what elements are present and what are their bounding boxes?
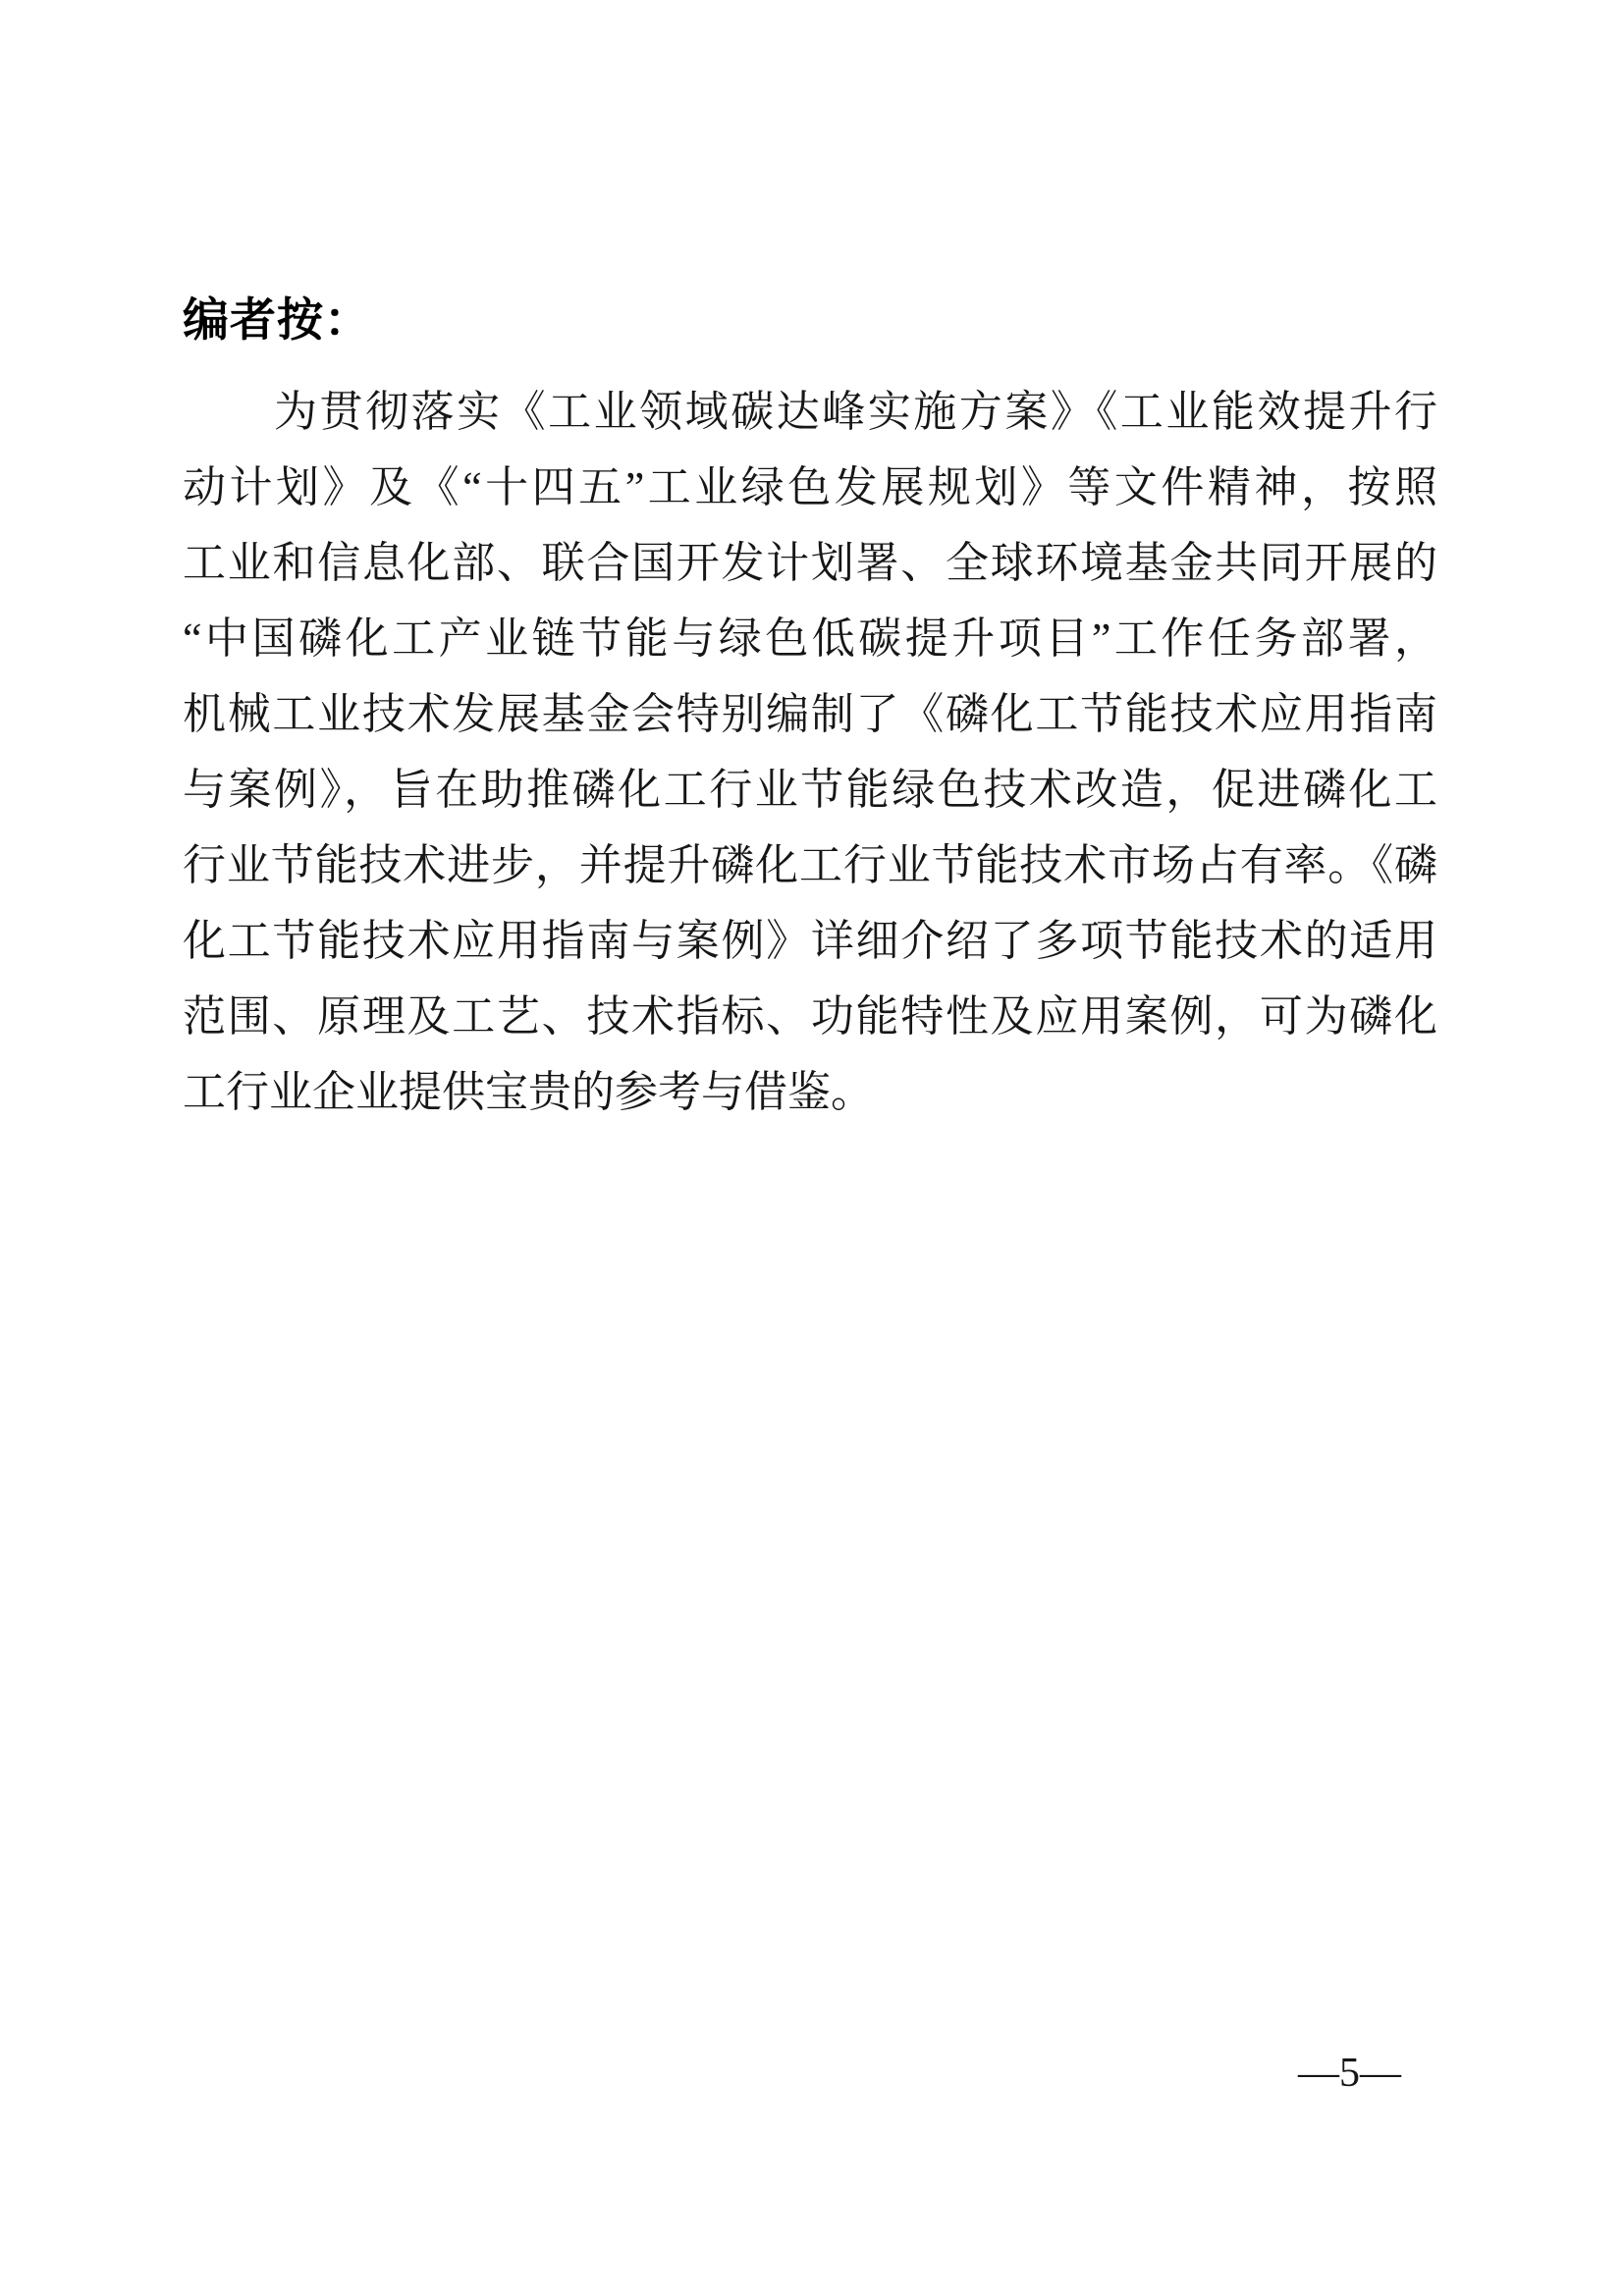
document-page: 编者按： 为贯彻落实《工业领域碳达峰实施方案》《工业能效提升行动计划》及《“十四… — [0, 0, 1623, 2296]
editors-note-heading: 编者按： — [183, 291, 371, 349]
paragraph-line: 机械工业技术发展基金会特别编制了《磷化工节能技术应用指南 — [183, 676, 1437, 752]
paragraph-line: 范围、原理及工艺、技术指标、功能特性及应用案例，可为磷化 — [183, 979, 1437, 1054]
paragraph-line: 为贯彻落实《工业领域碳达峰实施方案》《工业能效提升行 — [183, 374, 1437, 450]
paragraph-line: “中国磷化工产业链节能与绿色低碳提升项目”工作任务部署， — [183, 601, 1437, 676]
paragraph-line: 化工节能技术应用指南与案例》详细介绍了多项节能技术的适用 — [183, 903, 1437, 979]
paragraph-line: 与案例》，旨在助推磷化工行业节能绿色技术改造，促进磷化工 — [183, 752, 1437, 828]
paragraph-line: 行业节能技术进步，并提升磷化工行业节能技术市场占有率。《磷 — [183, 828, 1437, 903]
page-number: —5— — [1298, 2049, 1401, 2098]
paragraph-line: 动计划》及《“十四五”工业绿色发展规划》等文件精神，按照 — [183, 450, 1437, 525]
paragraph-line: 工业和信息化部、联合国开发计划署、全球环境基金共同开展的 — [183, 525, 1437, 601]
editors-note-paragraph: 为贯彻落实《工业领域碳达峰实施方案》《工业能效提升行动计划》及《“十四五”工业绿… — [183, 374, 1437, 1130]
paragraph-line: 工行业企业提供宝贵的参考与借鉴。 — [183, 1054, 1437, 1130]
